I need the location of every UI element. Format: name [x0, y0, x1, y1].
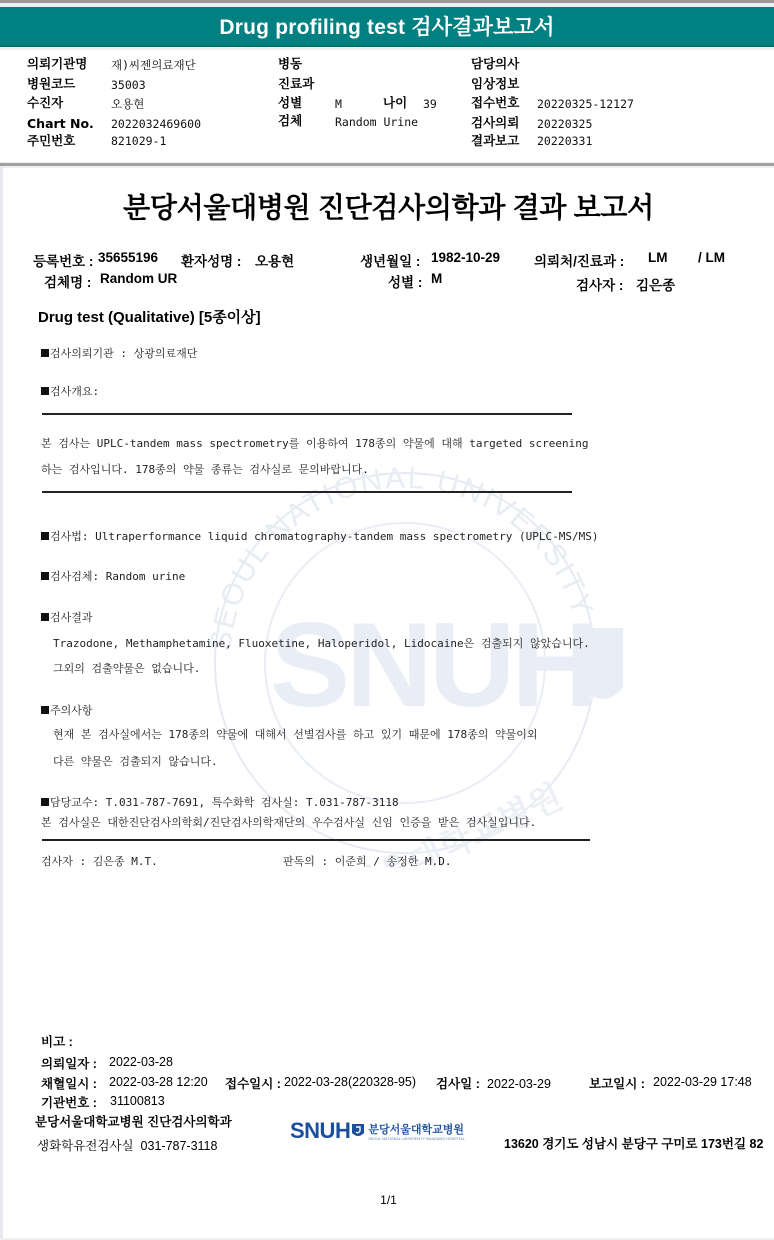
value-specimen: Random Urine	[335, 115, 418, 129]
bullet-square-icon	[41, 706, 49, 714]
report-page: SEOUL NATIONAL UNIVERSITY BUNDANG HOSPIT…	[3, 168, 774, 1238]
bullet-square-icon	[41, 572, 49, 580]
value-registration-no: 35655196	[98, 250, 158, 265]
label-resident-no: 주민번호	[27, 134, 75, 148]
value-receipt-no: 20220325-12127	[537, 97, 634, 111]
dashed-divider	[42, 839, 590, 841]
header-info-panel: 의뢰기관명 재)씨젠의료재단 병원코드 35003 수진자 오용현 Chart …	[0, 50, 774, 162]
value-sex: M	[335, 97, 342, 111]
receipt-value: 2022-03-28(220328-95)	[284, 1075, 416, 1089]
label-patient-name: 환자성명 :	[181, 250, 241, 270]
method-line: 검사법: Ultraperformance liquid chromatogra…	[41, 528, 598, 544]
test-name: Drug test (Qualitative) [5종이상]	[38, 306, 261, 327]
dashed-divider	[42, 491, 572, 493]
value-test-request: 20220325	[537, 117, 592, 131]
label-ward: 병동	[278, 57, 302, 71]
certification-line: 본 검사실은 대한진단검사의학회/진단검사의학재단의 우수검사실 신임 인증을 …	[41, 814, 536, 830]
overview-line-2: 하는 검사입니다. 178종의 약물 종류는 검사실로 문의바랍니다.	[41, 461, 369, 477]
caution-heading: 주의사항	[41, 702, 93, 718]
label-specimen-name: 검체명 :	[44, 271, 91, 291]
label-dob: 생년월일 :	[360, 250, 420, 270]
label-registration-no: 등록번호 :	[33, 250, 93, 270]
label-specimen: 검체	[278, 114, 302, 128]
report-datetime-value: 2022-03-29 17:48	[653, 1075, 752, 1089]
overview-heading: 검사개요:	[41, 383, 99, 399]
contact-line: 담당교수: T.031-787-7691, 특수화학 검사실: T.031-78…	[41, 794, 399, 810]
label-clinical-info: 임상정보	[471, 77, 519, 91]
bullet-square-icon	[41, 387, 49, 395]
lab-name-phone: 생화학유전검사실 031-787-3118	[37, 1136, 217, 1154]
tester-signature: 검사자 : 김은종 M.T.	[41, 853, 158, 869]
value-requesting-org: 재)씨젠의료재단	[111, 58, 196, 72]
label-patient-sex: 성별 :	[388, 271, 422, 291]
label-sex: 성별	[278, 96, 302, 110]
department-name: 분당서울대학교병원 진단검사의학과	[35, 1112, 232, 1130]
bullet-square-icon	[41, 349, 49, 357]
test-date-label: 검사일 :	[436, 1074, 480, 1092]
logo-snuh-text: SNUH	[290, 1118, 350, 1144]
value-resident-no: 821029-1	[111, 134, 166, 148]
result-line-1: Trazodone, Methamphetamine, Fluoxetine, …	[53, 635, 590, 651]
org-no-label: 기관번호 :	[41, 1093, 97, 1111]
value-clinic-dept: / LM	[698, 250, 725, 265]
snuh-logo: SNUH 분당서울대학교병원 SEOUL NATIONAL UNIVERSITY…	[290, 1118, 465, 1144]
collection-label: 채혈일시 :	[41, 1074, 97, 1092]
window-top-border	[0, 0, 774, 3]
value-chart-no: 2022032469600	[111, 117, 201, 131]
value-dob: 1982-10-29	[431, 250, 500, 265]
value-patient-sex: M	[431, 271, 442, 286]
bullet-square-icon	[41, 798, 49, 806]
receipt-label: 접수일시 :	[225, 1074, 281, 1092]
label-receipt-no: 접수번호	[471, 96, 519, 110]
dashed-divider	[42, 413, 572, 415]
result-line-2: 그외의 검출약물은 없습니다.	[53, 660, 200, 676]
label-hospital-code: 병원코드	[27, 77, 75, 91]
page-number: 1/1	[3, 1193, 774, 1207]
requesting-org-line: 검사의뢰기관 : 상광의료재단	[41, 345, 197, 361]
hospital-address: 13620 경기도 성남시 분당구 구미로 173번길 82	[504, 1134, 763, 1152]
collection-value: 2022-03-28 12:20	[109, 1075, 208, 1089]
test-date-value: 2022-03-29	[487, 1077, 551, 1091]
label-tester: 검사자 :	[576, 274, 623, 294]
label-referring-dept: 의뢰처/진료과 :	[534, 250, 624, 270]
caution-line-1: 현재 본 검사실에서는 178종의 약물에 대해서 선별검사를 하고 있기 때문…	[53, 726, 538, 742]
bullet-square-icon	[41, 532, 49, 540]
report-datetime-label: 보고일시 :	[589, 1074, 645, 1092]
value-age: 39	[423, 97, 437, 111]
value-patient: 오용현	[111, 97, 144, 111]
value-specimen-name: Random UR	[100, 271, 177, 286]
bullet-square-icon	[41, 613, 49, 621]
svg-text:SNUH: SNUH	[270, 598, 594, 732]
request-date: 의뢰일자 :	[41, 1054, 97, 1072]
logo-english-text: SEOUL NATIONAL UNIVERSITY BUNDANG HOSPIT…	[368, 1137, 465, 1141]
label-patient: 수진자	[27, 96, 63, 110]
request-date-value: 2022-03-28	[109, 1055, 173, 1069]
label-test-request: 검사의뢰	[471, 116, 519, 130]
label-requesting-org: 의뢰기관명	[27, 57, 87, 71]
label-chart-no: Chart No.	[27, 117, 94, 131]
report-title: 분당서울대병원 진단검사의학과 결과 보고서	[3, 186, 774, 226]
overview-line-1: 본 검사는 UPLC-tandem mass spectrometry를 이용하…	[41, 435, 589, 451]
label-result-report: 결과보고	[471, 134, 519, 148]
remarks-label: 비고 :	[41, 1032, 73, 1050]
caution-line-2: 다른 약물은 검출되지 않습니다.	[53, 753, 218, 769]
value-hospital-code: 35003	[111, 78, 146, 92]
label-physician: 담당의사	[471, 57, 519, 71]
header-separator	[0, 163, 774, 166]
logo-korean-text: 분당서울대학교병원	[368, 1121, 465, 1137]
window-title: Drug profiling test 검사결과보고서	[0, 7, 774, 47]
label-age: 나이	[383, 96, 407, 110]
value-tester: 김은종	[636, 274, 675, 294]
value-patient-name: 오용현	[255, 250, 294, 270]
value-referring-dept: LM	[648, 250, 668, 265]
value-result-report: 20220331	[537, 134, 592, 148]
result-heading: 검사결과	[41, 609, 93, 625]
org-no-value: 31100813	[110, 1094, 165, 1108]
label-department: 진료과	[278, 77, 314, 91]
shield-icon	[352, 1124, 364, 1138]
reader-signature: 판독의 : 이준희 / 송정한 M.D.	[283, 853, 451, 869]
specimen-line: 검사검체: Random urine	[41, 568, 185, 584]
